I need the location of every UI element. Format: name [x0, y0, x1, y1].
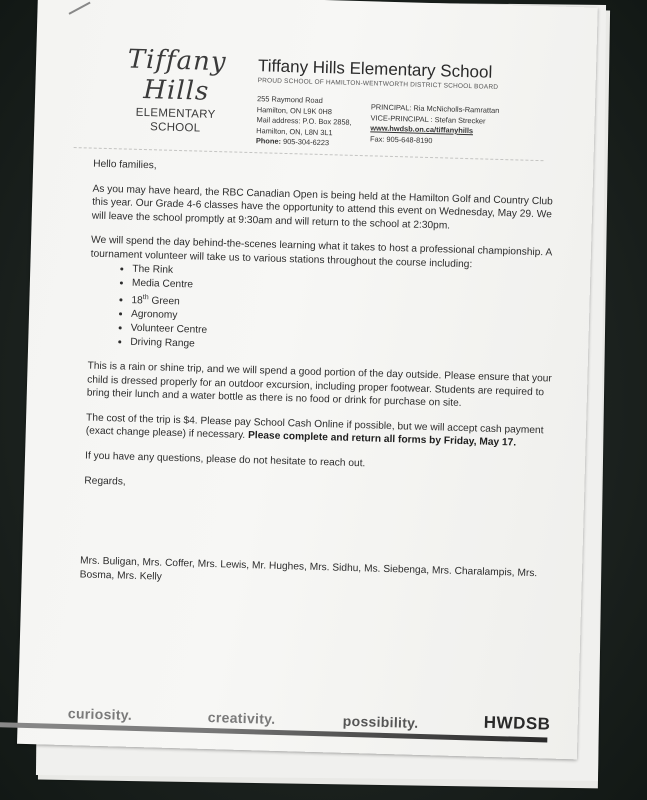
logo-subtitle-2: SCHOOL: [100, 120, 250, 136]
pen-mark: [69, 2, 91, 15]
letter-page: Tiffany Hills ELEMENTARY SCHOOL Tiffany …: [17, 0, 598, 759]
phone-line: Phone: 905-304-6223: [256, 136, 370, 150]
phone-label: Phone:: [256, 136, 281, 146]
closing: Regards,: [84, 474, 554, 501]
logo-script: Tiffany Hills: [101, 44, 253, 108]
fax-label: Fax:: [370, 134, 385, 143]
paragraph-event: As you may have heard, the RBC Canadian …: [92, 182, 563, 236]
motto-creativity: creativity.: [208, 709, 276, 727]
letter-body: Hello families, As you may have heard, t…: [84, 158, 563, 512]
stations-list: The Rink Media Centre 18th Green Agronom…: [88, 261, 560, 361]
letterhead: Tiffany Hills Elementary School PROUD SC…: [256, 56, 578, 155]
hwdsb-logo: HWDSB: [483, 713, 550, 735]
contact-info: 255 Raymond Road Hamilton, ON L9K 0H8 Ma…: [256, 94, 577, 155]
paragraph-cost: The cost of the trip is $4. Please pay S…: [86, 411, 557, 451]
motto-possibility: possibility.: [343, 713, 419, 731]
signers: Mrs. Buligan, Mrs. Coffer, Mrs. Lewis, M…: [80, 554, 571, 595]
fax-line: Fax: 905-648-8190: [370, 134, 499, 148]
phone-number: 905-304-6223: [283, 137, 329, 147]
school-logo: Tiffany Hills ELEMENTARY SCHOOL: [100, 44, 252, 136]
staff-block: PRINCIPAL: Ria McNicholls-Ramrattan VICE…: [370, 97, 500, 153]
greeting: Hello families,: [93, 158, 563, 185]
address-block: 255 Raymond Road Hamilton, ON L9K 0H8 Ma…: [256, 94, 371, 150]
motto-curiosity: curiosity.: [68, 705, 133, 723]
paragraph-weather: This is a rain or shine trip, and we wil…: [87, 359, 558, 413]
paragraph-questions: If you have any questions, please do not…: [85, 449, 555, 476]
fax-number: 905-648-8190: [386, 134, 432, 144]
footer: curiosity. creativity. possibility. HWDS…: [17, 700, 578, 746]
